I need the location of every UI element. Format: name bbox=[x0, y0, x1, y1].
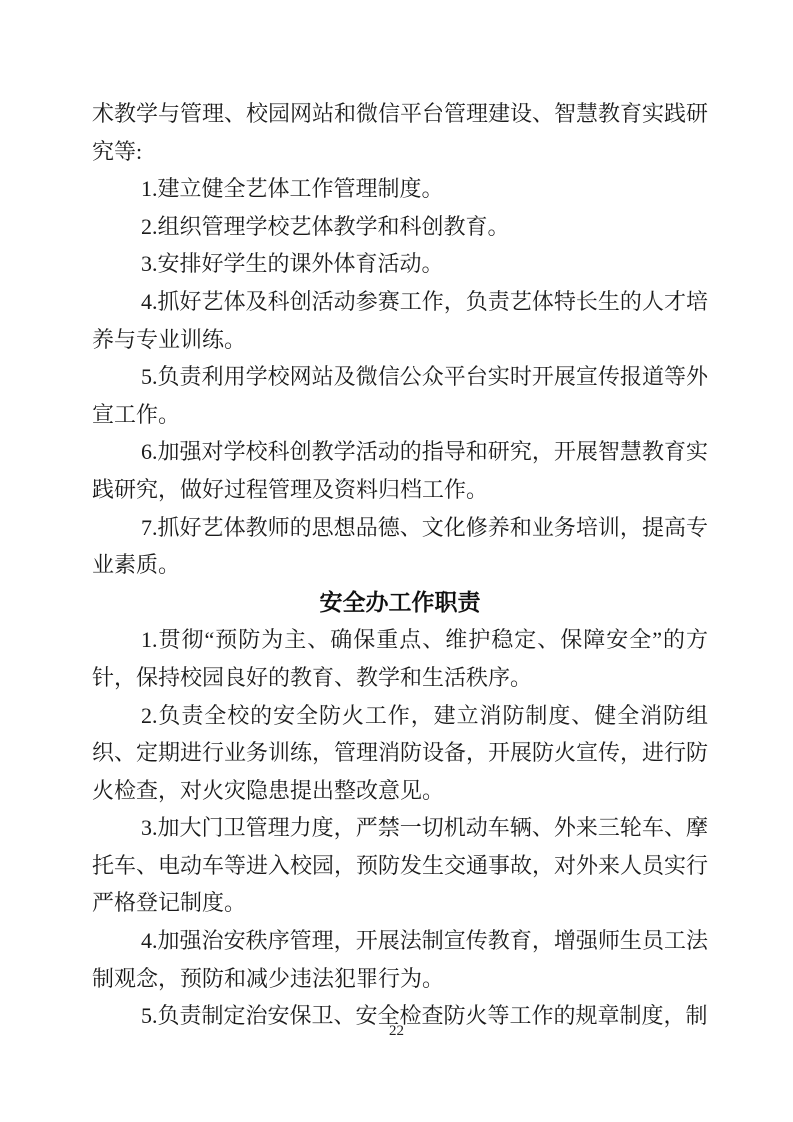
document-page: 术教学与管理、校园网站和微信平台管理建设、智慧教育实践研究等: 1.建立健全艺体… bbox=[0, 0, 793, 1122]
list-item: 2.负责全校的安全防火工作，建立消防制度、健全消防组织、定期进行业务训练，管理消… bbox=[92, 697, 708, 810]
page-number: 22 bbox=[0, 1021, 793, 1041]
list-item: 3.加大门卫管理力度，严禁一切机动车辆、外来三轮车、摩托车、电动车等进入校园，预… bbox=[92, 809, 708, 922]
list-item: 5.负责利用学校网站及微信公众平台实时开展宣传报道等外宣工作。 bbox=[92, 358, 708, 433]
list-item: 4.抓好艺体及科创活动参赛工作，负责艺体特长生的人才培养与专业训练。 bbox=[92, 283, 708, 358]
document-body: 术教学与管理、校园网站和微信平台管理建设、智慧教育实践研究等: 1.建立健全艺体… bbox=[92, 95, 708, 1035]
section-heading-safety-office: 安全办工作职责 bbox=[92, 584, 708, 622]
list-item: 4.加强治安秩序管理，开展法制宣传教育，增强师生员工法制观念，预防和减少违法犯罪… bbox=[92, 922, 708, 997]
list-item: 1.贯彻“预防为主、确保重点、维护稳定、保障安全”的方针，保持校园良好的教育、教… bbox=[92, 621, 708, 696]
list-item: 1.建立健全艺体工作管理制度。 bbox=[92, 170, 708, 208]
list-item: 6.加强对学校科创教学活动的指导和研究，开展智慧教育实践研究，做好过程管理及资料… bbox=[92, 433, 708, 508]
paragraph-continuation: 术教学与管理、校园网站和微信平台管理建设、智慧教育实践研究等: bbox=[92, 95, 708, 170]
list-item: 2.组织管理学校艺体教学和科创教育。 bbox=[92, 208, 708, 246]
list-item: 3.安排好学生的课外体育活动。 bbox=[92, 245, 708, 283]
list-item: 7.抓好艺体教师的思想品德、文化修养和业务培训，提高专业素质。 bbox=[92, 509, 708, 584]
